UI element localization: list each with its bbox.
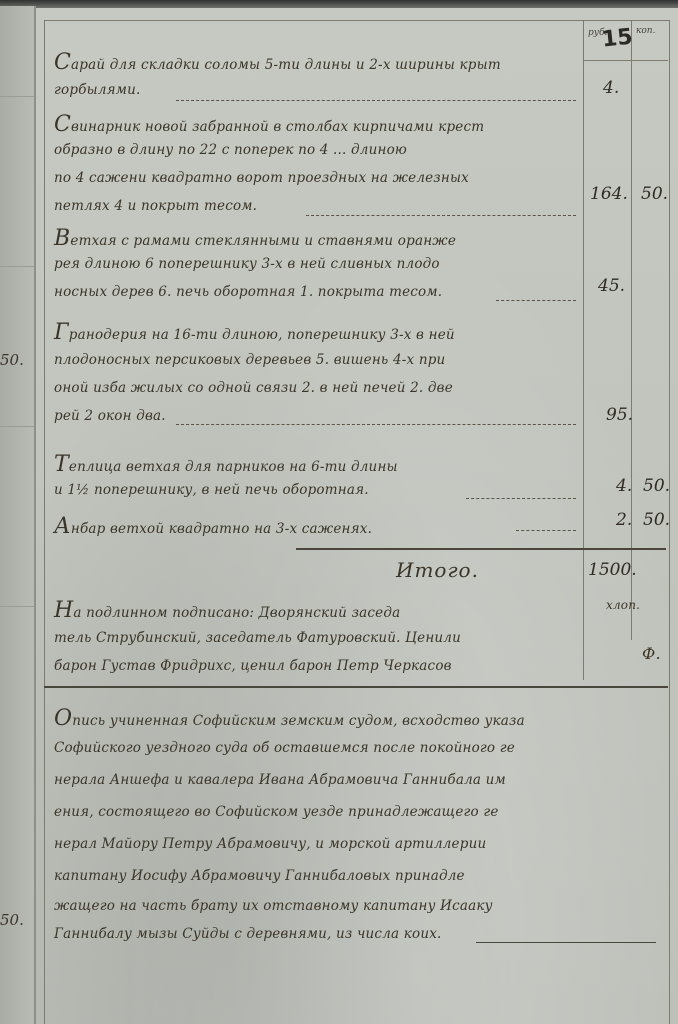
- item-4-line-3: оной изба жилых со одной связи 2. в ней …: [54, 380, 453, 396]
- item-2-line-4: петлях 4 и покрыт тесом.: [54, 198, 257, 214]
- adjacent-page-margin: 50. 50.: [0, 6, 36, 1024]
- section-2-line-6: капитану Иосифу Абрамовичу Ганнибаловых …: [54, 868, 465, 884]
- scan-top-edge: [0, 0, 678, 8]
- margin-rule: [0, 266, 34, 267]
- margin-rule: [0, 606, 34, 607]
- item-3-line-3: носных дерев 6. печь оборотная 1. покрыт…: [54, 284, 442, 300]
- item-1-line-1: Сарай для складки соломы 5-ти длины и 2-…: [54, 50, 501, 75]
- item-5-kopecks: 50.: [643, 476, 670, 496]
- item-6-line-1: Анбар ветхой квадратно на 3-х саженях.: [54, 514, 372, 539]
- item-5-line-2: и 1½ поперешнику, в ней печь оборотная.: [54, 482, 369, 498]
- end-line: [476, 942, 656, 943]
- signature-margin-note: хлоп.: [606, 598, 640, 612]
- document-page: руб. коп. 15 Сарай для складки соломы 5-…: [36, 8, 678, 1024]
- rubles-column-rule: [583, 20, 584, 680]
- item-2-line-1: Свинарник новой забранной в столбах кирп…: [54, 112, 484, 137]
- section-2-line-5: нерал Майору Петру Абрамовичу, и морской…: [54, 836, 486, 852]
- item-2-line-3: по 4 сажени квадратно ворот проездных на…: [54, 170, 469, 186]
- margin-number: 50.: [0, 351, 24, 369]
- fill-line: [516, 530, 576, 531]
- item-4-rubles: 95.: [606, 405, 633, 425]
- item-6-rubles: 2.: [616, 510, 632, 530]
- item-5-rubles: 4.: [616, 476, 632, 496]
- section-2-line-3: нерала Аншефа и кавалера Ивана Абрамович…: [54, 772, 506, 788]
- margin-number: 50.: [0, 911, 24, 929]
- item-2-rubles: 164.: [590, 184, 628, 204]
- item-3-line-2: рея длиною 6 поперешнику 3-х в ней сливн…: [54, 256, 440, 272]
- item-2-line-2: образно в длину по 22 с поперек по 4 ...…: [54, 142, 407, 158]
- fill-line: [176, 100, 576, 101]
- kopecks-column-header: коп.: [636, 26, 664, 37]
- section-2-line-2: Софийского уездного суда об оставшемся п…: [54, 740, 515, 756]
- section-2-line-1: Опись учиненная Софийским земским судом,…: [54, 706, 525, 731]
- item-2-kopecks: 50.: [641, 184, 668, 204]
- item-3-line-1: Ветхая с рамами стеклянными и ставнями о…: [54, 226, 456, 251]
- section-2-line-7: жащего на часть брату их отставному капи…: [54, 898, 493, 914]
- total-rubles: 1500.: [588, 560, 637, 580]
- item-4-line-2: плодоносных персиковых деревьев 5. вишен…: [54, 352, 445, 368]
- signature-line-2: тель Струбинский, заседатель Фатуровский…: [54, 630, 461, 646]
- section-2-line-4: ения, состоящего во Софийском уезде прин…: [54, 804, 499, 820]
- margin-rule: [0, 426, 34, 427]
- item-6-kopecks: 50.: [643, 510, 670, 530]
- fill-line: [466, 498, 576, 499]
- item-4-line-4: рей 2 окон два.: [54, 408, 166, 424]
- fill-line: [496, 300, 576, 301]
- fill-line: [176, 424, 576, 425]
- item-1-rubles: 4.: [603, 78, 619, 98]
- total-label: Итого.: [396, 558, 479, 582]
- signature-side-mark: Ф.: [642, 644, 661, 663]
- margin-rule: [0, 96, 34, 97]
- item-1-line-2: горбылями.: [54, 82, 141, 98]
- item-3-rubles: 45.: [598, 276, 625, 296]
- signature-line-3: барон Густав Фридрихс, ценил барон Петр …: [54, 658, 452, 674]
- item-4-line-1: Гранодерия на 16-ти длиною, поперешнику …: [54, 320, 455, 345]
- total-rule: [296, 548, 666, 550]
- signature-line-1: На подлинном подписано: Дворянский засед…: [54, 598, 400, 623]
- folio-number: 15: [601, 24, 634, 52]
- kopecks-column-rule: [631, 20, 632, 640]
- section-2-line-8: Ганнибалу мызы Суйды с деревнями, из чис…: [54, 926, 442, 942]
- section-divider: [44, 686, 668, 688]
- column-header-rule: [583, 60, 668, 61]
- fill-line: [306, 215, 576, 216]
- item-5-line-1: Теплица ветхая для парников на 6-ти длин…: [54, 452, 398, 477]
